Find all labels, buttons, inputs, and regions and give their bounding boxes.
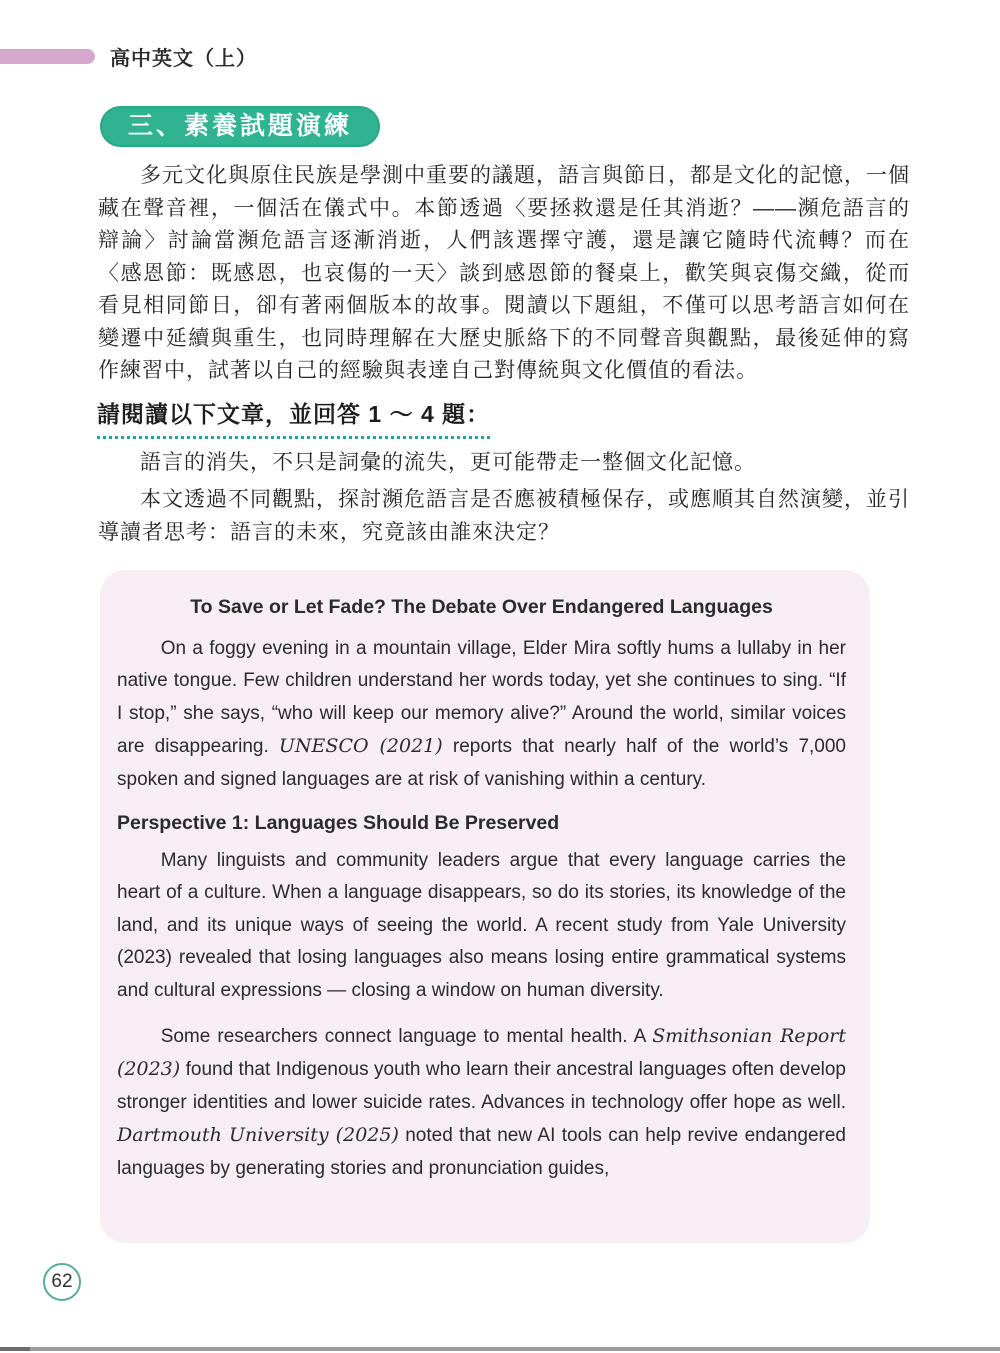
article-title: To Save or Let Fade? The Debate Over End… (117, 594, 846, 620)
section-badge: 三、素養試題演練 (100, 106, 380, 147)
footer-bar-cap (0, 1347, 30, 1351)
article-paragraph-3: Some researchers connect language to men… (117, 1020, 846, 1185)
perspective-1-heading: Perspective 1: Languages Should Be Prese… (117, 810, 846, 836)
book-title: 高中英文（上） (110, 42, 257, 71)
instruction-heading: 請閱讀以下文章，並回答 1 ～ 4 題： (97, 396, 490, 439)
article-paragraph-2: Many linguists and community leaders arg… (117, 845, 846, 1007)
footer-bar (0, 1347, 1000, 1351)
article-box: To Save or Let Fade? The Debate Over End… (100, 570, 870, 1243)
page-number-badge: 62 (43, 1263, 81, 1301)
textbook-page: 高中英文（上） 三、素養試題演練 多元文化與原住民族是學測中重要的議題，語言與節… (0, 0, 1000, 1353)
article-paragraph-1: On a foggy evening in a mountain village… (117, 633, 846, 796)
lead-paragraph-2: 本文透過不同觀點，探討瀕危語言是否應被積極保存，或應順其自然演變，並引導讀者思考… (98, 484, 910, 549)
header-accent-bar (0, 49, 95, 64)
intro-paragraph: 多元文化與原住民族是學測中重要的議題，語言與節日，都是文化的記憶，一個藏在聲音裡… (98, 160, 910, 388)
lead-paragraph-1: 語言的消失，不只是詞彙的流失，更可能帶走一整個文化記憶。 (98, 447, 910, 480)
